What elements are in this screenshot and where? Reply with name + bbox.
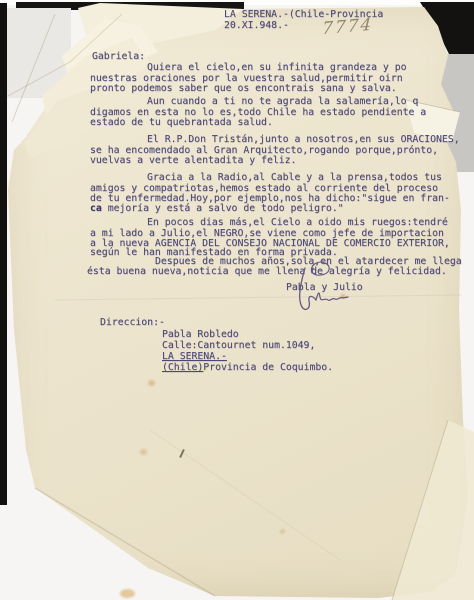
scanned-letter: LA SERENA.-(Chile-Provincia 20.XI.948.- … — [0, 0, 474, 600]
ink-circle-mark — [311, 262, 329, 275]
address-street: Calle:Cantournet num.1049, — [162, 341, 315, 352]
address-country-line: (Chile)Provincia de Coquimbo. — [162, 363, 333, 374]
address-name: Pabla Robledo — [162, 330, 239, 341]
address-city: LA SERENA.- — [162, 352, 227, 363]
address-country: (Chile) — [162, 362, 203, 373]
address-province: Provincia de Coquimbo. — [203, 362, 333, 373]
signature-ink — [0, 0, 474, 600]
address-label: Direccion:- — [100, 318, 165, 329]
